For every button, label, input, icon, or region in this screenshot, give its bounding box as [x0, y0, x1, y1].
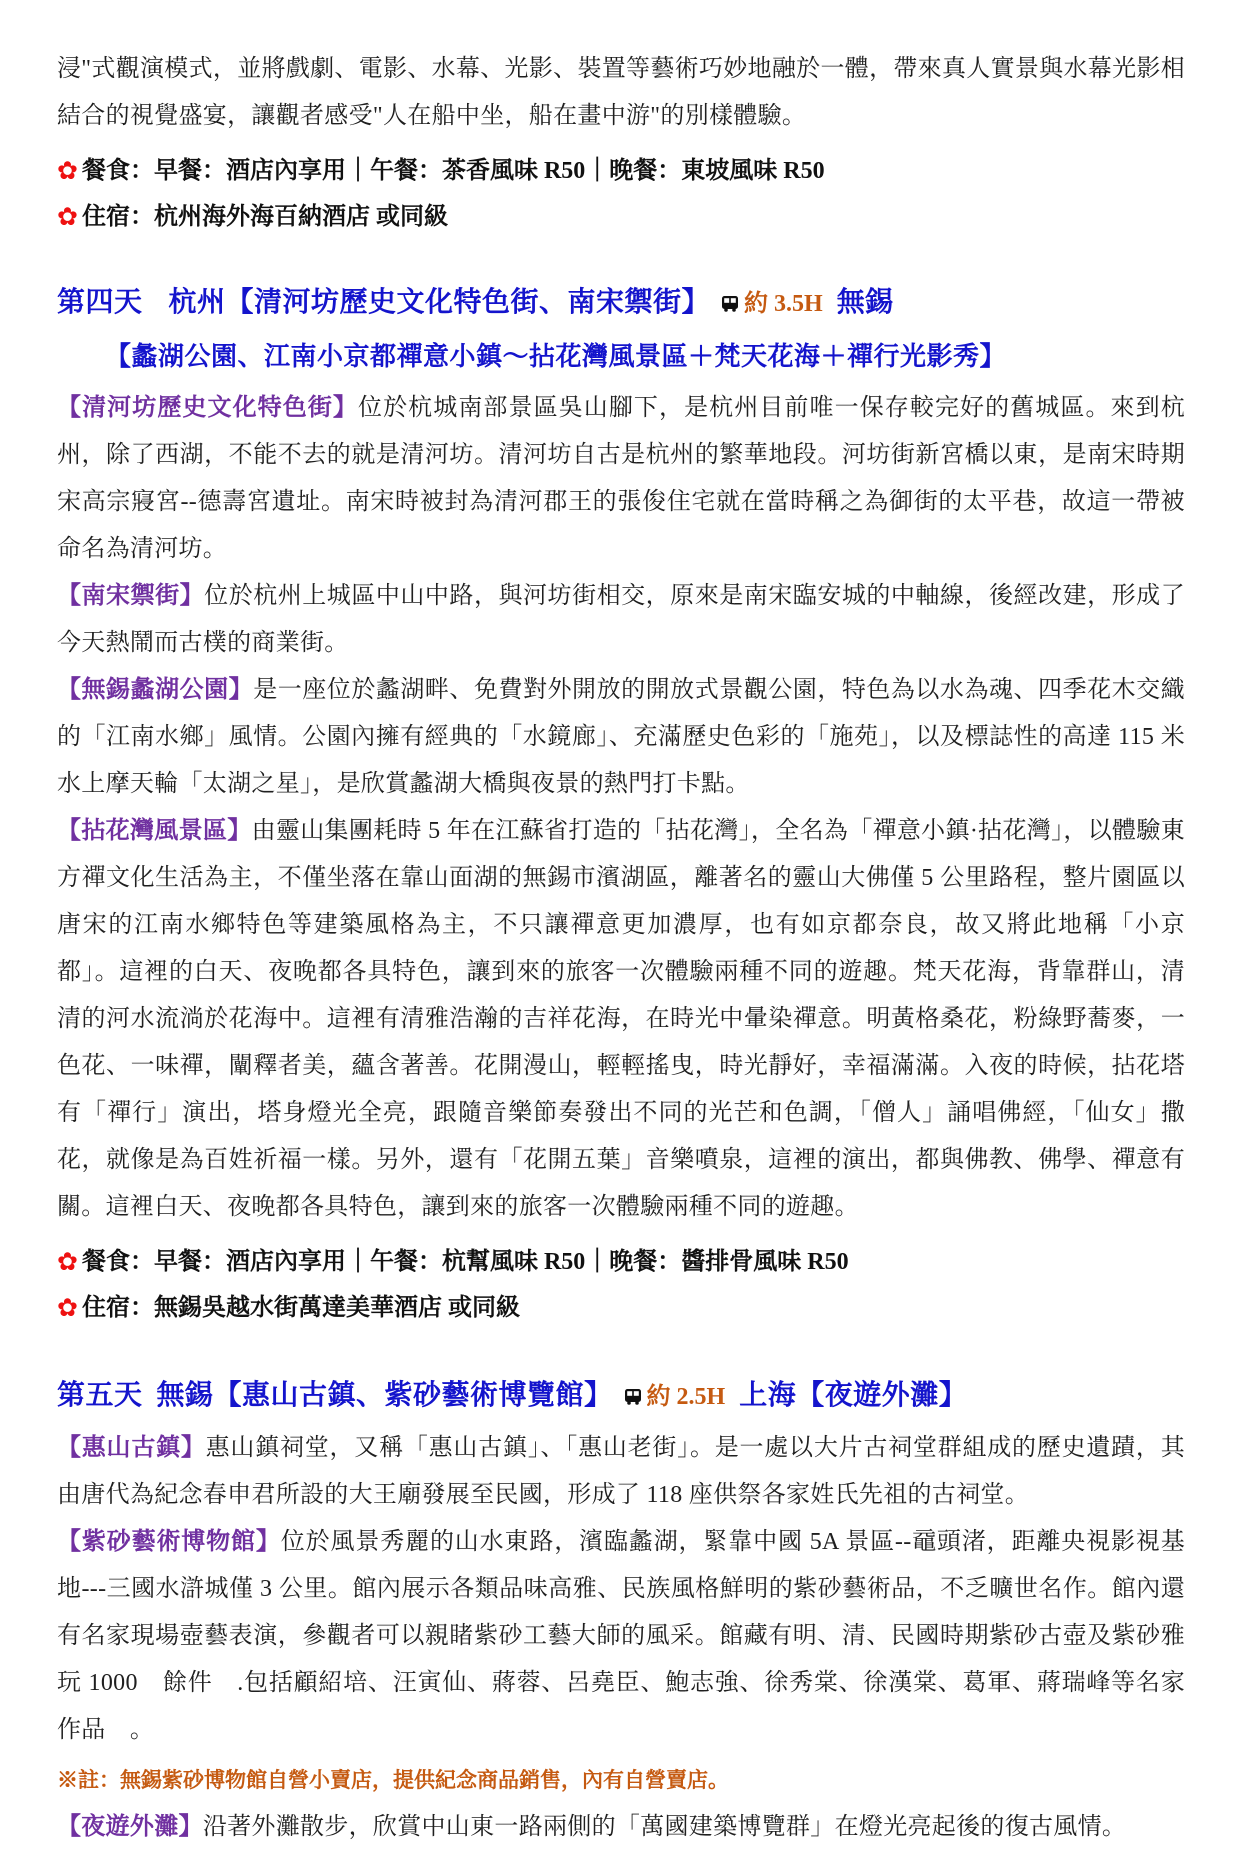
day4-heading-route2: 無錫 [837, 287, 894, 318]
day4-heading-day: 第四天 [57, 287, 143, 318]
flower-icon: ✿ [57, 1249, 78, 1276]
section-nianhuawan: 【拈花灣風景區】由靈山集團耗時 5 年在江蘇省打造的「拈花灣」，全名為「禪意小鎮… [57, 808, 1185, 1231]
day5-heading-route2: 上海【夜遊外灘】 [739, 1380, 967, 1411]
section-text: 沿著外灘散步，欣賞中山東一路兩側的「萬國建築博覽群」在燈光亮起後的復古風情。 [203, 1814, 1126, 1840]
flower-icon: ✿ [57, 204, 78, 231]
section-lihu-park: 【無錫蠡湖公園】是一座位於蠡湖畔、免費對外開放的開放式景觀公園，特色為以水為魂、… [57, 667, 1185, 808]
section-nansong-yujie: 【南宋禦街】位於杭州上城區中山中路，與河坊街相交，原來是南宋臨安城的中軸線，後經… [57, 573, 1185, 667]
section-text: 位於風景秀麗的山水東路，濱臨蠡湖，緊靠中國 5A 景區--黿頭渚，距離央視影視基… [57, 1529, 1185, 1743]
day5-block: 第五天無錫【惠山古鎮、紫砂藝術博覽館】約 2.5H上海【夜遊外灘】 [57, 1373, 1185, 1413]
day4-transfer-duration: 約 3.5H [744, 291, 823, 317]
section-label: 【拈花灣風景區】 [57, 818, 252, 844]
intro-paragraph: 浸"式觀演模式，並將戲劇、電影、水幕、光影、裝置等藝術巧妙地融於一體，帶來真人實… [57, 46, 1185, 140]
day4-block: 第四天杭州【清河坊歷史文化特色街、南宋禦街】約 3.5H無錫 【蠡湖公園、江南小… [57, 280, 1185, 373]
section-label: 【清河坊歷史文化特色街】 [57, 395, 358, 421]
intro-text: 浸"式觀演模式，並將戲劇、電影、水幕、光影、裝置等藝術巧妙地融於一體，帶來真人實… [57, 56, 1185, 129]
day5-transfer-duration: 約 2.5H [647, 1384, 726, 1410]
section-label: 【紫砂藝術博物館】 [57, 1529, 281, 1555]
day4-meals-line: ✿餐食：早餐：酒店內享用｜午餐：杭幫風味 R50｜晚餐：醬排骨風味 R50 [57, 1239, 1185, 1285]
day3-lodging-text: 住宿：杭州海外海百納酒店 或同級 [82, 204, 448, 230]
day3-meals-text: 餐食：早餐：酒店內享用｜午餐：茶香風味 R50｜晚餐：東坡風味 R50 [82, 158, 825, 184]
day4-subheading: 【蠡湖公園、江南小京都禪意小鎮～拈花灣風景區＋梵天花海＋禪行光影秀】 [105, 336, 1185, 373]
section-zisha-museum: 【紫砂藝術博物館】位於風景秀麗的山水東路，濱臨蠡湖，緊靠中國 5A 景區--黿頭… [57, 1519, 1185, 1754]
section-text: 位於杭州上城區中山中路，與河坊街相交，原來是南宋臨安城的中軸線，後經改建，形成了… [57, 583, 1185, 656]
section-label: 【無錫蠡湖公園】 [57, 677, 253, 703]
section-label: 【南宋禦街】 [57, 583, 204, 609]
section-huishan-old-town: 【惠山古鎮】惠山鎮祠堂，又稱「惠山古鎮」、「惠山老街」。是一處以大片古祠堂群組成… [57, 1425, 1185, 1519]
day4-heading: 第四天杭州【清河坊歷史文化特色街、南宋禦街】約 3.5H無錫 [57, 280, 1185, 320]
section-text: 由靈山集團耗時 5 年在江蘇省打造的「拈花灣」，全名為「禪意小鎮·拈花灣」，以體… [57, 818, 1185, 1220]
section-label: 【夜遊外灘】 [57, 1814, 203, 1840]
day4-heading-route1: 杭州【清河坊歷史文化特色街、南宋禦街】 [169, 287, 711, 318]
flower-icon: ✿ [57, 158, 78, 185]
day5-heading-day: 第五天 [57, 1380, 143, 1411]
section-label: 【惠山古鎮】 [57, 1435, 206, 1461]
day5-sections: 【惠山古鎮】惠山鎮祠堂，又稱「惠山古鎮」、「惠山老街」。是一處以大片古祠堂群組成… [57, 1425, 1185, 1851]
itinerary-page: 浸"式觀演模式，並將戲劇、電影、水幕、光影、裝置等藝術巧妙地融於一體，帶來真人實… [0, 0, 1241, 1851]
day5-heading: 第五天無錫【惠山古鎮、紫砂藝術博覽館】約 2.5H上海【夜遊外灘】 [57, 1373, 1185, 1413]
day4-lodging-text: 住宿：無錫吳越水街萬達美華酒店 或同級 [82, 1295, 520, 1321]
bus-icon [720, 288, 740, 320]
zisha-shop-note: ※註：無錫紫砂博物館自營小賣店，提供紀念商品銷售，內有自營賣店。 [57, 1758, 1185, 1802]
bus-icon [623, 1381, 643, 1413]
section-bund-night-tour: 【夜遊外灘】沿著外灘散步，欣賞中山東一路兩側的「萬國建築博覽群」在燈光亮起後的復… [57, 1804, 1185, 1851]
day5-heading-route1: 無錫【惠山古鎮、紫砂藝術博覽館】 [157, 1380, 613, 1411]
flower-icon: ✿ [57, 1295, 78, 1322]
day4-sections: 【清河坊歷史文化特色街】位於杭城南部景區吳山腳下，是杭州目前唯一保存較完好的舊城… [57, 385, 1185, 1231]
section-qinghefang: 【清河坊歷史文化特色街】位於杭城南部景區吳山腳下，是杭州目前唯一保存較完好的舊城… [57, 385, 1185, 573]
day3-meals-line: ✿餐食：早餐：酒店內享用｜午餐：茶香風味 R50｜晚餐：東坡風味 R50 [57, 148, 1185, 194]
day4-lodging-line: ✿住宿：無錫吳越水街萬達美華酒店 或同級 [57, 1285, 1185, 1331]
day3-lodging-line: ✿住宿：杭州海外海百納酒店 或同級 [57, 194, 1185, 240]
day4-meals-text: 餐食：早餐：酒店內享用｜午餐：杭幫風味 R50｜晚餐：醬排骨風味 R50 [82, 1249, 849, 1275]
section-text: 惠山鎮祠堂，又稱「惠山古鎮」、「惠山老街」。是一處以大片古祠堂群組成的歷史遺蹟，… [57, 1435, 1185, 1508]
